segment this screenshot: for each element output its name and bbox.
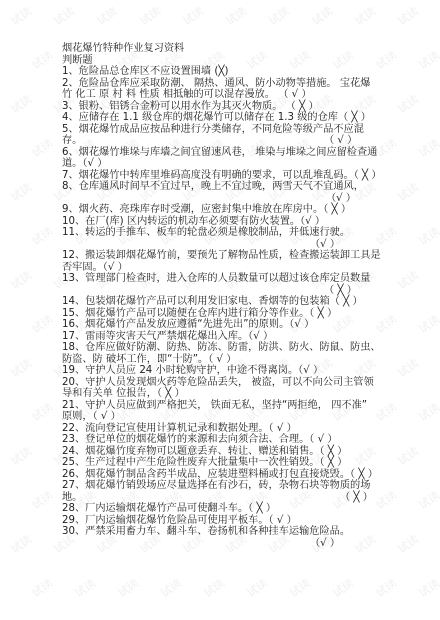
question-text: 8、仓库通风时间早不宜过早，晚上不宜过晚，两雪天气不宜通风， <box>62 181 364 192</box>
watermark-text: 试读 <box>28 575 55 601</box>
watermark-text: 试读 <box>7 355 34 381</box>
question-line: 6、烟花爆竹堆垛与库墙之间宜留速风巷， 堆染与堆垛之间应留检查通 <box>62 147 392 159</box>
watermark-text: 试读 <box>394 91 421 117</box>
question-text: 29、厂内运输烟花爆竹危险品可使用平板车。（ √ ） <box>62 515 297 526</box>
question-line: 地。（ ╳ ） <box>62 492 392 504</box>
question-line: 7、烟花爆竹中转库里堆码高度没有明确的要求，可以乱堆乱码。（ ╳ ） <box>62 170 392 182</box>
watermark-text: 试读 <box>7 3 34 29</box>
question-text: 6、烟花爆竹堆垛与库墙之间宜留速风巷， 堆染与堆垛之间应留检查通 <box>62 147 377 158</box>
answer-mark: （ √ ） <box>324 135 357 147</box>
question-text: 14、包装烟花爆竹产品可以利用发旧家电、香烟等的包装箱（ ╳ ） <box>62 296 363 307</box>
question-line: （ ╳ ） <box>62 285 392 297</box>
watermark-text: 试读 <box>394 267 421 293</box>
question-text: 导和有关单 位报告，（ ╳ ） <box>62 388 185 399</box>
question-line: 道。（√ ） <box>62 158 392 170</box>
answer-mark: （√ ） <box>326 193 356 205</box>
question-text: 18、仓库应做好防潮、防热、防冻、防雷，防洪、防火、防鼠、防虫、 <box>62 342 381 353</box>
watermark-text: 试读 <box>7 267 34 293</box>
question-text: 21、守护人员应做到严格把关， 铁面无私，坚持“两拒绝， 四不准” <box>62 400 367 411</box>
question-text: 15、烟花爆竹产品可以随便在仓库内进行箱分等作业。（ ╳ ） <box>62 308 337 319</box>
question-text: 5、烟花爆竹成品应按品种进行分类储存，不同危险等级产品不应混 <box>62 124 364 135</box>
question-list: 1、危险品总仓库区不应设置围墙 (╳)2、危险品仓库应采取防潮、 隔热、通风、防… <box>62 66 392 549</box>
question-line: 12、搬运装卸烟花爆竹前，要预先了解物品性质，检查搬运装卸工具是 <box>62 250 392 262</box>
question-line: 11、转运的手推车、板车的轮盘必须是橡胶制品，并低速行驶。 <box>62 227 392 239</box>
question-text: 23、登记单位的烟花爆竹的来源和去向须合法、合理。（ √ ） <box>62 434 338 445</box>
question-text: 12、搬运装卸烟花爆竹前，要预先了解物品性质，检查搬运装卸工具是 <box>62 250 381 261</box>
watermark-text: 试读 <box>7 531 34 557</box>
question-line: 18、仓库应做好防潮、防热、防冻、防雷，防洪、防火、防鼠、防虫、 <box>62 342 392 354</box>
question-line: 15、烟花爆竹产品可以随便在仓库内进行箱分等作业。（ ╳ ） <box>62 308 392 320</box>
question-line: 28、厂内运输烟花爆竹产品可使翻斗车。（ ╳ ） <box>62 503 392 515</box>
question-text: 否牢固。（√ ） <box>62 262 128 273</box>
watermark-text: 试读 <box>394 443 421 469</box>
question-line: 1、危险品总仓库区不应设置围墙 (╳) <box>62 66 392 78</box>
question-text: 25、生产过程中产生危险性废弃大批量集中一次性销毁。（ ╳ ） <box>62 457 347 468</box>
question-line: 13、管理部门检查时，进入仓库的人员数量可以超过该仓库定员数量 <box>62 273 392 285</box>
question-text: 道。（√ ） <box>62 158 107 169</box>
question-text: 17、雷雨等灾害天气严禁烟花爆出入库。（√ ） <box>62 331 273 342</box>
question-line: 2、危险品仓库应采取防潮、 隔热、通风、防小动物等措施。 宝花爆 <box>62 78 392 90</box>
question-text: 19、守护人员应 24 小时轮购守护，中途不得离岗。（√ ） <box>62 365 323 376</box>
question-text: 1、危险品总仓库区不应设置围墙 (╳) <box>62 66 228 77</box>
watermark-text: 试读 <box>372 575 399 601</box>
watermark-text: 试读 <box>286 575 313 601</box>
watermark-text: 试读 <box>394 531 421 557</box>
watermark-text: 试读 <box>415 47 440 73</box>
watermark-text: 试读 <box>243 575 270 601</box>
question-line: 10、在厂(库) 区内转运的机动车必须要有防火装置。（√ ） <box>62 216 392 228</box>
question-line: 23、登记单位的烟花爆竹的来源和去向须合法、合理。（ √ ） <box>62 434 392 446</box>
question-line: 25、生产过程中产生危险性废弃大批量集中一次性销毁。（ ╳ ） <box>62 457 392 469</box>
answer-mark: （√ ） <box>310 239 340 251</box>
watermark-text: 试读 <box>394 3 421 29</box>
watermark-text: 试读 <box>415 487 440 513</box>
watermark-text: 试读 <box>394 179 421 205</box>
watermark-text: 试读 <box>7 179 34 205</box>
question-line: 17、雷雨等灾害天气严禁烟花爆出入库。（√ ） <box>62 331 392 343</box>
document-page: 烟花爆竹特种作业复习资料 判断题 1、危险品总仓库区不应设置围墙 (╳)2、危险… <box>62 43 392 549</box>
question-line: 9、烟火药、亮珠库存时受潮，应密封集中堆放在库房中。（ ╳ ） <box>62 204 392 216</box>
question-text: 4、应储存在 1.1 级仓库的烟花爆竹可以储存在 1.3 级的仓库（ ╳ ） <box>62 112 371 123</box>
question-text: 24、烟花爆竹度弃物可以题意丢弃、转让、赠送和销售。（ ╳ ） <box>62 446 347 457</box>
watermark-text: 试读 <box>329 575 356 601</box>
question-text: 11、转运的手推车、板车的轮盘必须是橡胶制品，并低速行驶。 <box>62 227 350 238</box>
question-line: 8、仓库通风时间早不宜过早，晚上不宜过晚，两雪天气不宜通风， <box>62 181 392 193</box>
question-text: 16、烟花爆竹产品发放应遵循“先进先出”的原则。（√ ） <box>62 319 314 330</box>
answer-mark: （√ ） <box>310 538 340 550</box>
question-text: 22、流向登记宣使用计算机记录和数据处理。（ √ ） <box>62 423 297 434</box>
question-text: 30、严禁采用畜力车、翻斗车、卷扬机和各种挂车运输危险品。 <box>62 526 350 537</box>
question-text: 20、守护人员发现烟火药等危险品丢失， 被盗，可以不向公司主管领 <box>62 377 374 388</box>
watermark-text: 试读 <box>200 575 227 601</box>
question-text: 3、银粉、铝锈合金粉可以用水作为其灭火物质。 （ ╳ ） <box>62 101 319 112</box>
question-text: 27、烟花爆竹销毁场应尽量选择在有沙石，砖，杂物石块等物质的场 <box>62 480 370 491</box>
question-text: 10、在厂(库) 区内转运的机动车必须要有防火装置。（√ ） <box>62 216 325 227</box>
watermark-text: 试读 <box>179 3 206 29</box>
watermark-text: 试读 <box>50 3 77 29</box>
question-line: 19、守护人员应 24 小时轮购守护，中途不得离岗。（√ ） <box>62 365 392 377</box>
watermark-text: 试读 <box>28 135 55 161</box>
question-text: 原则，（ √ ） <box>62 411 121 422</box>
question-line: （√ ） <box>62 193 392 205</box>
question-line: 21、守护人员应做到严格把关， 铁面无私，坚持“两拒绝， 四不准” <box>62 400 392 412</box>
question-line: 原则，（ √ ） <box>62 411 392 423</box>
watermark-text: 试读 <box>394 355 421 381</box>
section-heading: 判断题 <box>62 55 392 67</box>
question-line: 20、守护人员发现烟火药等危险品丢失， 被盗，可以不向公司主管领 <box>62 377 392 389</box>
question-line: 5、烟花爆竹成品应按品种进行分类储存，不同危险等级产品不应混 <box>62 124 392 136</box>
watermark-text: 试读 <box>71 575 98 601</box>
question-line: 4、应储存在 1.1 级仓库的烟花爆竹可以储存在 1.3 级的仓库（ ╳ ） <box>62 112 392 124</box>
question-text: 7、烟花爆竹中转库里堆码高度没有明确的要求，可以乱堆乱码。（ ╳ ） <box>62 170 382 181</box>
question-line: 14、包装烟花爆竹产品可以利用发旧家电、香烟等的包装箱（ ╳ ） <box>62 296 392 308</box>
watermark-text: 试读 <box>114 575 141 601</box>
watermark-text: 试读 <box>7 443 34 469</box>
question-text: 13、管理部门检查时，进入仓库的人员数量可以超过该仓库定员数量 <box>62 273 370 284</box>
watermark-text: 试读 <box>28 47 55 73</box>
watermark-text: 试读 <box>157 575 184 601</box>
answer-mark: （ ╳ ） <box>340 492 373 504</box>
question-text: 2、危险品仓库应采取防潮、 隔热、通风、防小动物等措施。 宝花爆 <box>62 78 370 89</box>
question-text: 防盗、防 破坏工作，即“十防”。（ √ ） <box>62 354 236 365</box>
watermark-text: 试读 <box>415 575 440 601</box>
document-title: 烟花爆竹特种作业复习资料 <box>62 43 392 55</box>
question-text: 地。 <box>62 492 82 503</box>
question-line: 竹 化工 原 村 料 性质 相抵触的可以混存漫放。 （ √ ） <box>62 89 392 101</box>
question-line: 27、烟花爆竹销毁场应尽量选择在有沙石，砖，杂物石块等物质的场 <box>62 480 392 492</box>
question-line: 3、银粉、铝锈合金粉可以用水作为其灭火物质。 （ ╳ ） <box>62 101 392 113</box>
question-line: 导和有关单 位报告，（ ╳ ） <box>62 388 392 400</box>
question-line: 29、厂内运输烟花爆竹危险品可使用平板车。（ √ ） <box>62 515 392 527</box>
watermark-text: 试读 <box>415 135 440 161</box>
watermark-text: 试读 <box>28 223 55 249</box>
watermark-text: 试读 <box>222 3 249 29</box>
question-line: 24、烟花爆竹度弃物可以题意丢弃、转让、赠送和销售。（ ╳ ） <box>62 446 392 458</box>
question-text: 存。 <box>62 135 82 146</box>
question-text: 28、厂内运输烟花爆竹产品可使翻斗车。（ ╳ ） <box>62 503 276 514</box>
watermark-text: 试读 <box>308 3 335 29</box>
watermark-text: 试读 <box>351 3 378 29</box>
question-line: 22、流向登记宣使用计算机记录和数据处理。（ √ ） <box>62 423 392 435</box>
answer-mark: （ ╳ ） <box>324 285 357 297</box>
question-line: 16、烟花爆竹产品发放应遵循“先进先出”的原则。（√ ） <box>62 319 392 331</box>
watermark-text: 试读 <box>265 3 292 29</box>
watermark-text: 试读 <box>136 3 163 29</box>
watermark-text: 试读 <box>7 91 34 117</box>
question-text: 竹 化工 原 村 料 性质 相抵触的可以混存漫放。 （ √ ） <box>62 89 312 100</box>
watermark-text: 试读 <box>28 487 55 513</box>
question-line: 存。（ √ ） <box>62 135 392 147</box>
question-line: （√ ） <box>62 239 392 251</box>
question-line: 26、烟花爆竹制品含药半成品，应装进塑料桶或打包直接烧毁。（ ╳ ） <box>62 469 392 481</box>
watermark-text: 试读 <box>415 399 440 425</box>
question-line: 30、严禁采用畜力车、翻斗车、卷扬机和各种挂车运输危险品。 <box>62 526 392 538</box>
watermark-text: 试读 <box>415 223 440 249</box>
question-text: 26、烟花爆竹制品含药半成品，应装进塑料桶或打包直接烧毁。（ ╳ ） <box>62 469 378 480</box>
question-line: （√ ） <box>62 538 392 550</box>
watermark-text: 试读 <box>93 3 120 29</box>
question-line: 防盗、防 破坏工作，即“十防”。（ √ ） <box>62 354 392 366</box>
question-line: 否牢固。（√ ） <box>62 262 392 274</box>
watermark-text: 试读 <box>415 311 440 337</box>
watermark-text: 试读 <box>28 311 55 337</box>
watermark-text: 试读 <box>28 399 55 425</box>
question-text: 9、烟火药、亮珠库存时受潮，应密封集中堆放在库房中。（ ╳ ） <box>62 204 351 215</box>
